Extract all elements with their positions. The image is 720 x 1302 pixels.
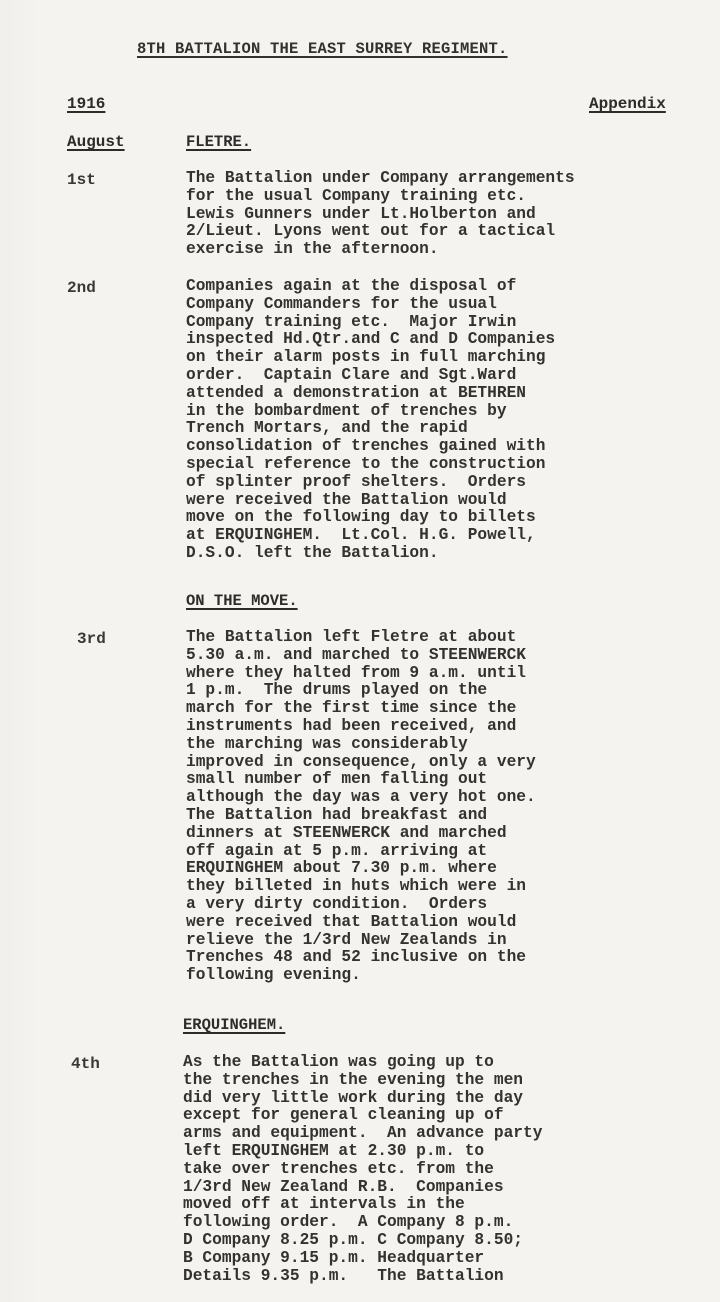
entry-text-2nd: Companies again at the disposal of Compa… <box>186 278 555 563</box>
entry-line: 1/3rd New Zealand R.B. Companies <box>183 1179 542 1197</box>
section-heading-on-the-move: ON THE MOVE. <box>186 592 298 610</box>
entry-line: of splinter proof shelters. Orders <box>186 474 555 492</box>
entry-line: where they halted from 9 a.m. until <box>186 665 536 683</box>
entry-line: except for general cleaning up of <box>183 1107 542 1125</box>
entry-line: the marching was considerably <box>186 736 536 754</box>
entry-line: arms and equipment. An advance party <box>183 1125 542 1143</box>
document-page: 8TH BATTALION THE EAST SURREY REGIMENT. … <box>0 0 720 1302</box>
entry-line: move on the following day to billets <box>186 509 555 527</box>
entry-day-4th: 4th <box>71 1055 100 1073</box>
entry-line: a very dirty condition. Orders <box>186 896 536 914</box>
entry-line: As the Battalion was going up to <box>183 1054 542 1072</box>
entry-line: Details 9.35 p.m. The Battalion <box>183 1268 542 1286</box>
entry-text-3rd: The Battalion left Fletre at about 5.30 … <box>186 629 536 985</box>
entry-line: relieve the 1/3rd New Zealands in <box>186 932 536 950</box>
entry-line: order. Captain Clare and Sgt.Ward <box>186 367 555 385</box>
entry-line: Company training etc. Major Irwin <box>186 314 555 332</box>
entry-line: ERQUINGHEM about 7.30 p.m. where <box>186 860 536 878</box>
entry-line: 1 p.m. The drums played on the <box>186 682 536 700</box>
year-label: 1916 <box>67 95 105 113</box>
appendix-label: Appendix <box>589 95 666 113</box>
entry-line: The Battalion had breakfast and <box>186 807 536 825</box>
section-heading-erquinghem: ERQUINGHEM. <box>183 1016 285 1034</box>
entry-line: for the usual Company training etc. <box>186 188 575 206</box>
entry-line: D.S.O. left the Battalion. <box>186 545 555 563</box>
entry-line: D Company 8.25 p.m. C Company 8.50; <box>183 1232 542 1250</box>
entry-line: instruments had been received, and <box>186 718 536 736</box>
entry-line: Trenches 48 and 52 inclusive on the <box>186 949 536 967</box>
entry-line: Trench Mortars, and the rapid <box>186 420 555 438</box>
entry-line: special reference to the construction <box>186 456 555 474</box>
entry-day-2nd: 2nd <box>67 279 96 297</box>
entry-line: 2/Lieut. Lyons went out for a tactical <box>186 223 575 241</box>
entry-line: were received the Battalion would <box>186 492 555 510</box>
entry-line: Companies again at the disposal of <box>186 278 555 296</box>
entry-line: exercise in the afternoon. <box>186 241 575 259</box>
month-label: August <box>67 133 125 151</box>
entry-line: on their alarm posts in full marching <box>186 349 555 367</box>
entry-line: 5.30 a.m. and marched to STEENWERCK <box>186 647 536 665</box>
entry-line: B Company 9.15 p.m. Headquarter <box>183 1250 542 1268</box>
entry-line: inspected Hd.Qtr.and C and D Companies <box>186 331 555 349</box>
entry-line: in the bombardment of trenches by <box>186 403 555 421</box>
entry-day-1st: 1st <box>67 171 96 189</box>
entry-line: following order. A Company 8 p.m. <box>183 1214 542 1232</box>
entry-line: they billeted in huts which were in <box>186 878 536 896</box>
entry-line: off again at 5 p.m. arriving at <box>186 843 536 861</box>
entry-line: small number of men falling out <box>186 771 536 789</box>
entry-line: improved in consequence, only a very <box>186 754 536 772</box>
entry-line: Company Commanders for the usual <box>186 296 555 314</box>
entry-line: at ERQUINGHEM. Lt.Col. H.G. Powell, <box>186 527 555 545</box>
entry-text-1st: The Battalion under Company arrangements… <box>186 170 575 259</box>
entry-line: take over trenches etc. from the <box>183 1161 542 1179</box>
entry-line: did very little work during the day <box>183 1090 542 1108</box>
entry-line: moved off at intervals in the <box>183 1196 542 1214</box>
entry-line: The Battalion left Fletre at about <box>186 629 536 647</box>
entry-line: the trenches in the evening the men <box>183 1072 542 1090</box>
entry-line: Lewis Gunners under Lt.Holberton and <box>186 206 575 224</box>
entry-line: consolidation of trenches gained with <box>186 438 555 456</box>
document-title: 8TH BATTALION THE EAST SURREY REGIMENT. <box>137 40 508 58</box>
entry-line: march for the first time since the <box>186 700 536 718</box>
entry-line: attended a demonstration at BETHREN <box>186 385 555 403</box>
entry-line: were received that Battalion would <box>186 914 536 932</box>
entry-line: although the day was a very hot one. <box>186 789 536 807</box>
section-heading-fletre: FLETRE. <box>186 133 251 151</box>
entry-text-4th: As the Battalion was going up to the tre… <box>183 1054 542 1285</box>
entry-day-3rd: 3rd <box>77 630 106 648</box>
entry-line: dinners at STEENWERCK and marched <box>186 825 536 843</box>
entry-line: left ERQUINGHEM at 2.30 p.m. to <box>183 1143 542 1161</box>
entry-line: following evening. <box>186 967 536 985</box>
entry-line: The Battalion under Company arrangements <box>186 170 575 188</box>
